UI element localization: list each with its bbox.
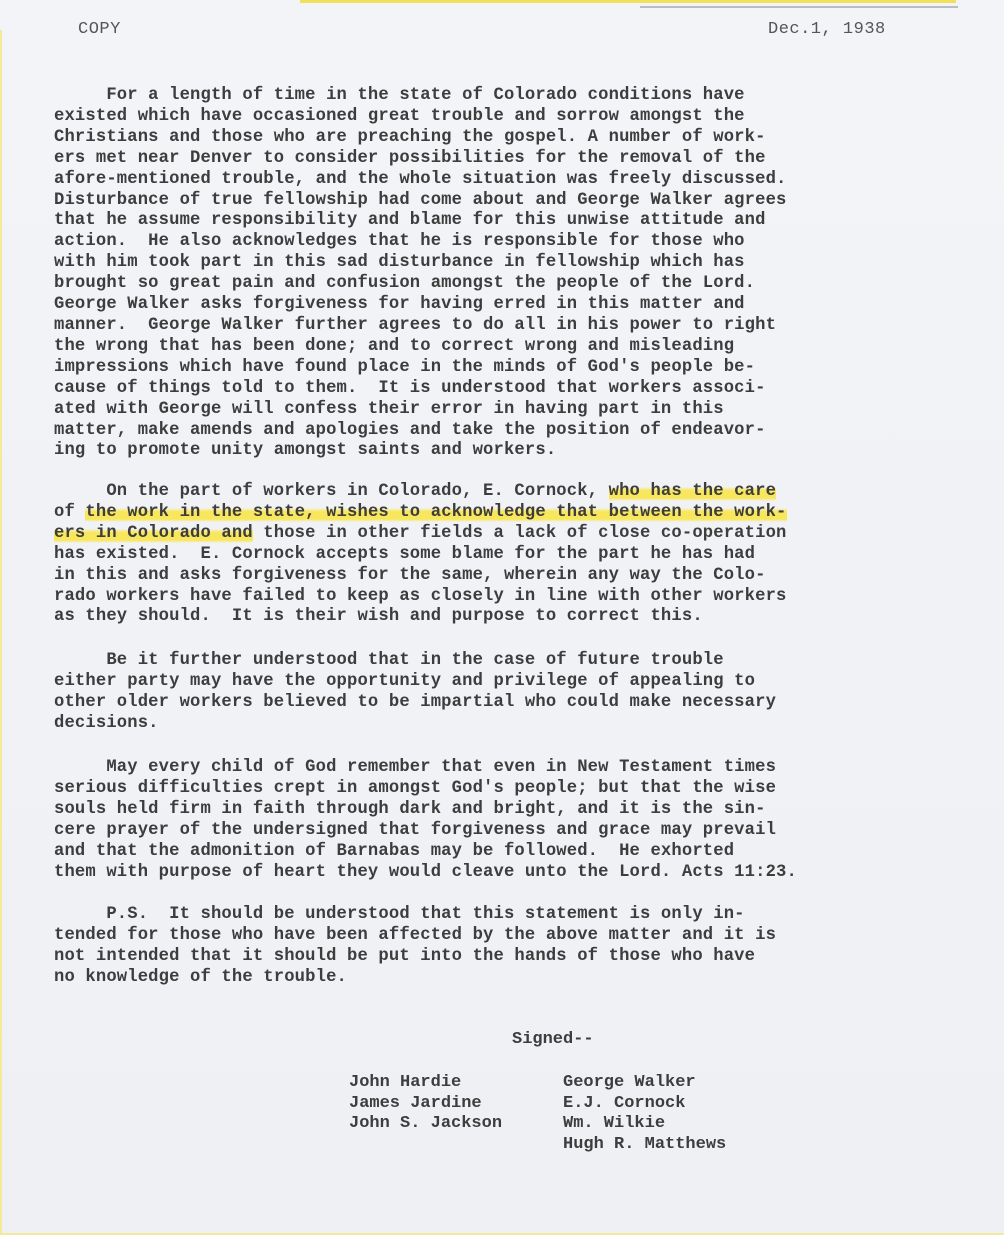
text-line: manner. George Walker further agrees to … <box>54 316 954 337</box>
page-edge-line <box>640 6 958 8</box>
text-line: other older workers believed to be impar… <box>54 693 954 714</box>
text-line: has existed. E. Cornock accepts some bla… <box>54 545 954 566</box>
text-line: in this and asks forgiveness for the sam… <box>54 566 954 587</box>
text-line: either party may have the opportunity an… <box>54 672 954 693</box>
text-line: Christians and those who are preaching t… <box>54 128 954 149</box>
text-line: them with purpose of heart they would cl… <box>54 863 954 884</box>
text-line: impressions which have found place in th… <box>54 358 954 379</box>
signatory-name: George Walker <box>563 1073 726 1094</box>
text-line: not intended that it should be put into … <box>54 947 954 968</box>
text-line: decisions. <box>54 714 954 735</box>
text-line: May every child of God remember that eve… <box>54 758 954 779</box>
paragraph-postscript: P.S. It should be understood that this s… <box>54 905 954 989</box>
text-line: with him took part in this sad disturban… <box>54 253 954 274</box>
signatory-name: John S. Jackson <box>349 1114 502 1135</box>
signatories-left: John HardieJames JardineJohn S. Jackson <box>349 1073 502 1135</box>
signatory-name: John Hardie <box>349 1073 502 1094</box>
signatories-right: George WalkerE.J. CornockWm. WilkieHugh … <box>563 1073 726 1155</box>
signed-label: Signed-- <box>512 1030 594 1049</box>
text-line: Disturbance of true fellowship had come … <box>54 191 954 212</box>
text-line: ated with George will confess their erro… <box>54 400 954 421</box>
text-line: no knowledge of the trouble. <box>54 968 954 989</box>
highlighted-text: the work in the state, wishes to acknowl… <box>85 503 786 522</box>
text-line: ers in Colorado and those in other field… <box>54 524 954 545</box>
page-edge-left <box>0 30 2 1235</box>
copy-label: COPY <box>78 20 121 39</box>
text-line: P.S. It should be understood that this s… <box>54 905 954 926</box>
text-line: Be it further understood that in the cas… <box>54 651 954 672</box>
signatory-name: Hugh R. Matthews <box>563 1135 726 1156</box>
paragraph-future-trouble: Be it further understood that in the cas… <box>54 651 954 735</box>
text-line: ers met near Denver to consider possibil… <box>54 149 954 170</box>
signatory-name: E.J. Cornock <box>563 1094 726 1115</box>
text-line: serious difficulties crept in amongst Go… <box>54 779 954 800</box>
document-date: Dec.1, 1938 <box>768 20 886 39</box>
paragraph-cornock-acknowledgement: On the part of workers in Colorado, E. C… <box>54 482 954 628</box>
text-line: action. He also acknowledges that he is … <box>54 232 954 253</box>
text-line: of the work in the state, wishes to ackn… <box>54 503 954 524</box>
page-edge-highlight <box>300 0 956 3</box>
paragraph-new-testament: May every child of God remember that eve… <box>54 758 954 883</box>
text-line: as they should. It is their wish and pur… <box>54 607 954 628</box>
text-line: and that the admonition of Barnabas may … <box>54 842 954 863</box>
text-line: cause of things told to them. It is unde… <box>54 379 954 400</box>
text-line: George Walker asks forgiveness for havin… <box>54 295 954 316</box>
signatory-name: Wm. Wilkie <box>563 1114 726 1135</box>
text-line: For a length of time in the state of Col… <box>54 86 954 107</box>
text-line: that he assume responsibility and blame … <box>54 211 954 232</box>
signatory-name: James Jardine <box>349 1094 502 1115</box>
highlighted-text: ers in Colorado and <box>54 524 253 543</box>
paragraph-colorado-conditions: For a length of time in the state of Col… <box>54 86 954 462</box>
text-line: cere prayer of the undersigned that forg… <box>54 821 954 842</box>
text-line: souls held firm in faith through dark an… <box>54 800 954 821</box>
text-line: afore-mentioned trouble, and the whole s… <box>54 170 954 191</box>
text-line: tended for those who have been affected … <box>54 926 954 947</box>
highlighted-text: who has the care <box>609 482 776 501</box>
text-line: matter, make amends and apologies and ta… <box>54 421 954 442</box>
document-page: COPY Dec.1, 1938 For a length of time in… <box>0 0 1004 1235</box>
text-line: On the part of workers in Colorado, E. C… <box>54 482 954 503</box>
text-line: existed which have occasioned great trou… <box>54 107 954 128</box>
text-line: the wrong that has been done; and to cor… <box>54 337 954 358</box>
text-line: brought so great pain and confusion amon… <box>54 274 954 295</box>
text-line: ing to promote unity amongst saints and … <box>54 441 954 462</box>
text-line: rado workers have failed to keep as clos… <box>54 587 954 608</box>
